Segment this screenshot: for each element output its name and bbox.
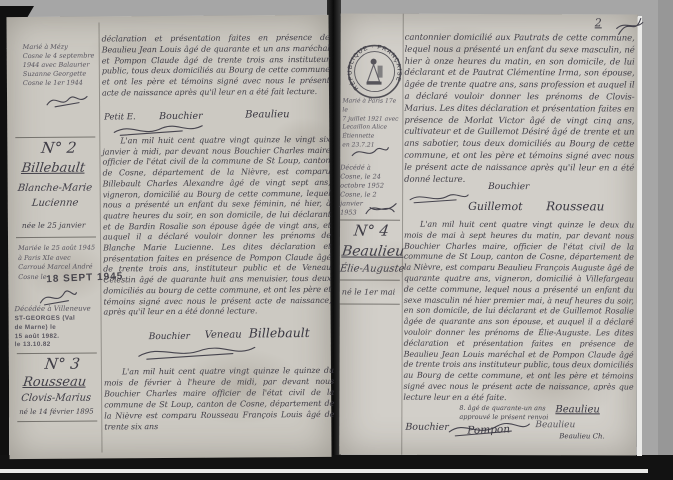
signature-flourish-icon — [408, 192, 470, 206]
republique-francaise-seal-icon: RÉPUBLIQUE · FRANÇAISE — [346, 44, 402, 100]
act-3-given-names: Clovis-Marius — [20, 393, 91, 404]
signature: Bouchier — [405, 422, 449, 433]
act-4-text: L'an mil huit cent quatre vingt quinze l… — [403, 220, 634, 404]
scan-edge-bottom — [0, 455, 673, 480]
margin-rule — [16, 237, 96, 239]
signature: Beaulieu Ch. — [559, 432, 604, 440]
marianne-figure-icon — [367, 59, 383, 85]
act-4-given-names: Élie-Auguste — [339, 263, 405, 274]
renvoi-signature: Beaulieu — [555, 404, 599, 415]
signature: Billebault — [249, 325, 310, 340]
signature: Pompon — [467, 423, 510, 436]
death-stamp-text: ST-GEORGES (Val de Marne) le 15 août 198… — [15, 314, 101, 350]
margin-rule — [340, 219, 400, 220]
margin-rule — [340, 279, 400, 280]
act-2-given-names: Lucienne — [31, 198, 79, 209]
act-2-surname: Billebault — [21, 161, 86, 176]
paraph-flourish-icon — [364, 200, 398, 218]
act-3-number: N° 3 — [44, 355, 81, 373]
signature-flourish-icon — [350, 144, 390, 162]
right-page: 2 RÉPUBLIQUE · FRANÇAISE Marié à Paris 1… — [339, 13, 638, 455]
act-4-number: N° 4 — [353, 222, 390, 240]
signature: Bouchier — [159, 111, 203, 122]
act-3-text-continuation: cantonnier domicilié aux Pautrats de cet… — [404, 33, 635, 187]
act-4-surname: Beaulieu — [341, 243, 405, 259]
margin-note-death-act2: Décédée à Villeneuve — [14, 305, 90, 314]
signature-flourish-icon — [137, 343, 257, 362]
act-4-birth-note: né le 1er mai — [342, 287, 395, 296]
page-number: 2 — [595, 16, 602, 29]
signature: Guillemot — [468, 200, 522, 213]
act-2-birth-note: née le 25 janvier — [22, 221, 86, 230]
signature: Bouchier — [149, 332, 190, 342]
margin-rule — [17, 421, 97, 423]
signature: Beaulieu — [535, 420, 575, 430]
scan-background-band — [658, 0, 673, 480]
signature-flourish-icon — [45, 91, 89, 111]
margin-note-marriage-act1: Marié à Mézy Cosne le 4 septembre 1944 a… — [23, 42, 101, 88]
scan-highlight-right — [637, 16, 642, 456]
scan-highlight-bottom — [0, 469, 648, 473]
signature: Petit E. — [104, 112, 136, 122]
act-2-text: L'an mil huit cent quatre vingt quinze l… — [102, 135, 331, 319]
act-2-given-names: Blanche-Marie — [17, 183, 93, 195]
left-page: Marié à Mézy Cosne le 4 septembre 1944 a… — [6, 15, 331, 459]
scanned-register-spread: Marié à Mézy Cosne le 4 septembre 1944 a… — [0, 0, 673, 480]
act-3-surname: Rousseau — [22, 375, 87, 390]
signature: Bouchier — [488, 182, 529, 192]
act-3-text-start: L'an mil huit cent quatre vingt quinze l… — [104, 365, 334, 433]
act-1-text: déclaration et présentation faites en pr… — [102, 33, 330, 99]
act-3-birth-note: né le 14 février 1895 — [19, 408, 93, 417]
signature: Rousseau — [546, 199, 604, 213]
margin-rule — [340, 303, 400, 304]
signature: Beaulieu — [245, 109, 290, 120]
act-2-number: N° 2 — [40, 139, 77, 157]
signature: Veneau — [205, 329, 242, 340]
